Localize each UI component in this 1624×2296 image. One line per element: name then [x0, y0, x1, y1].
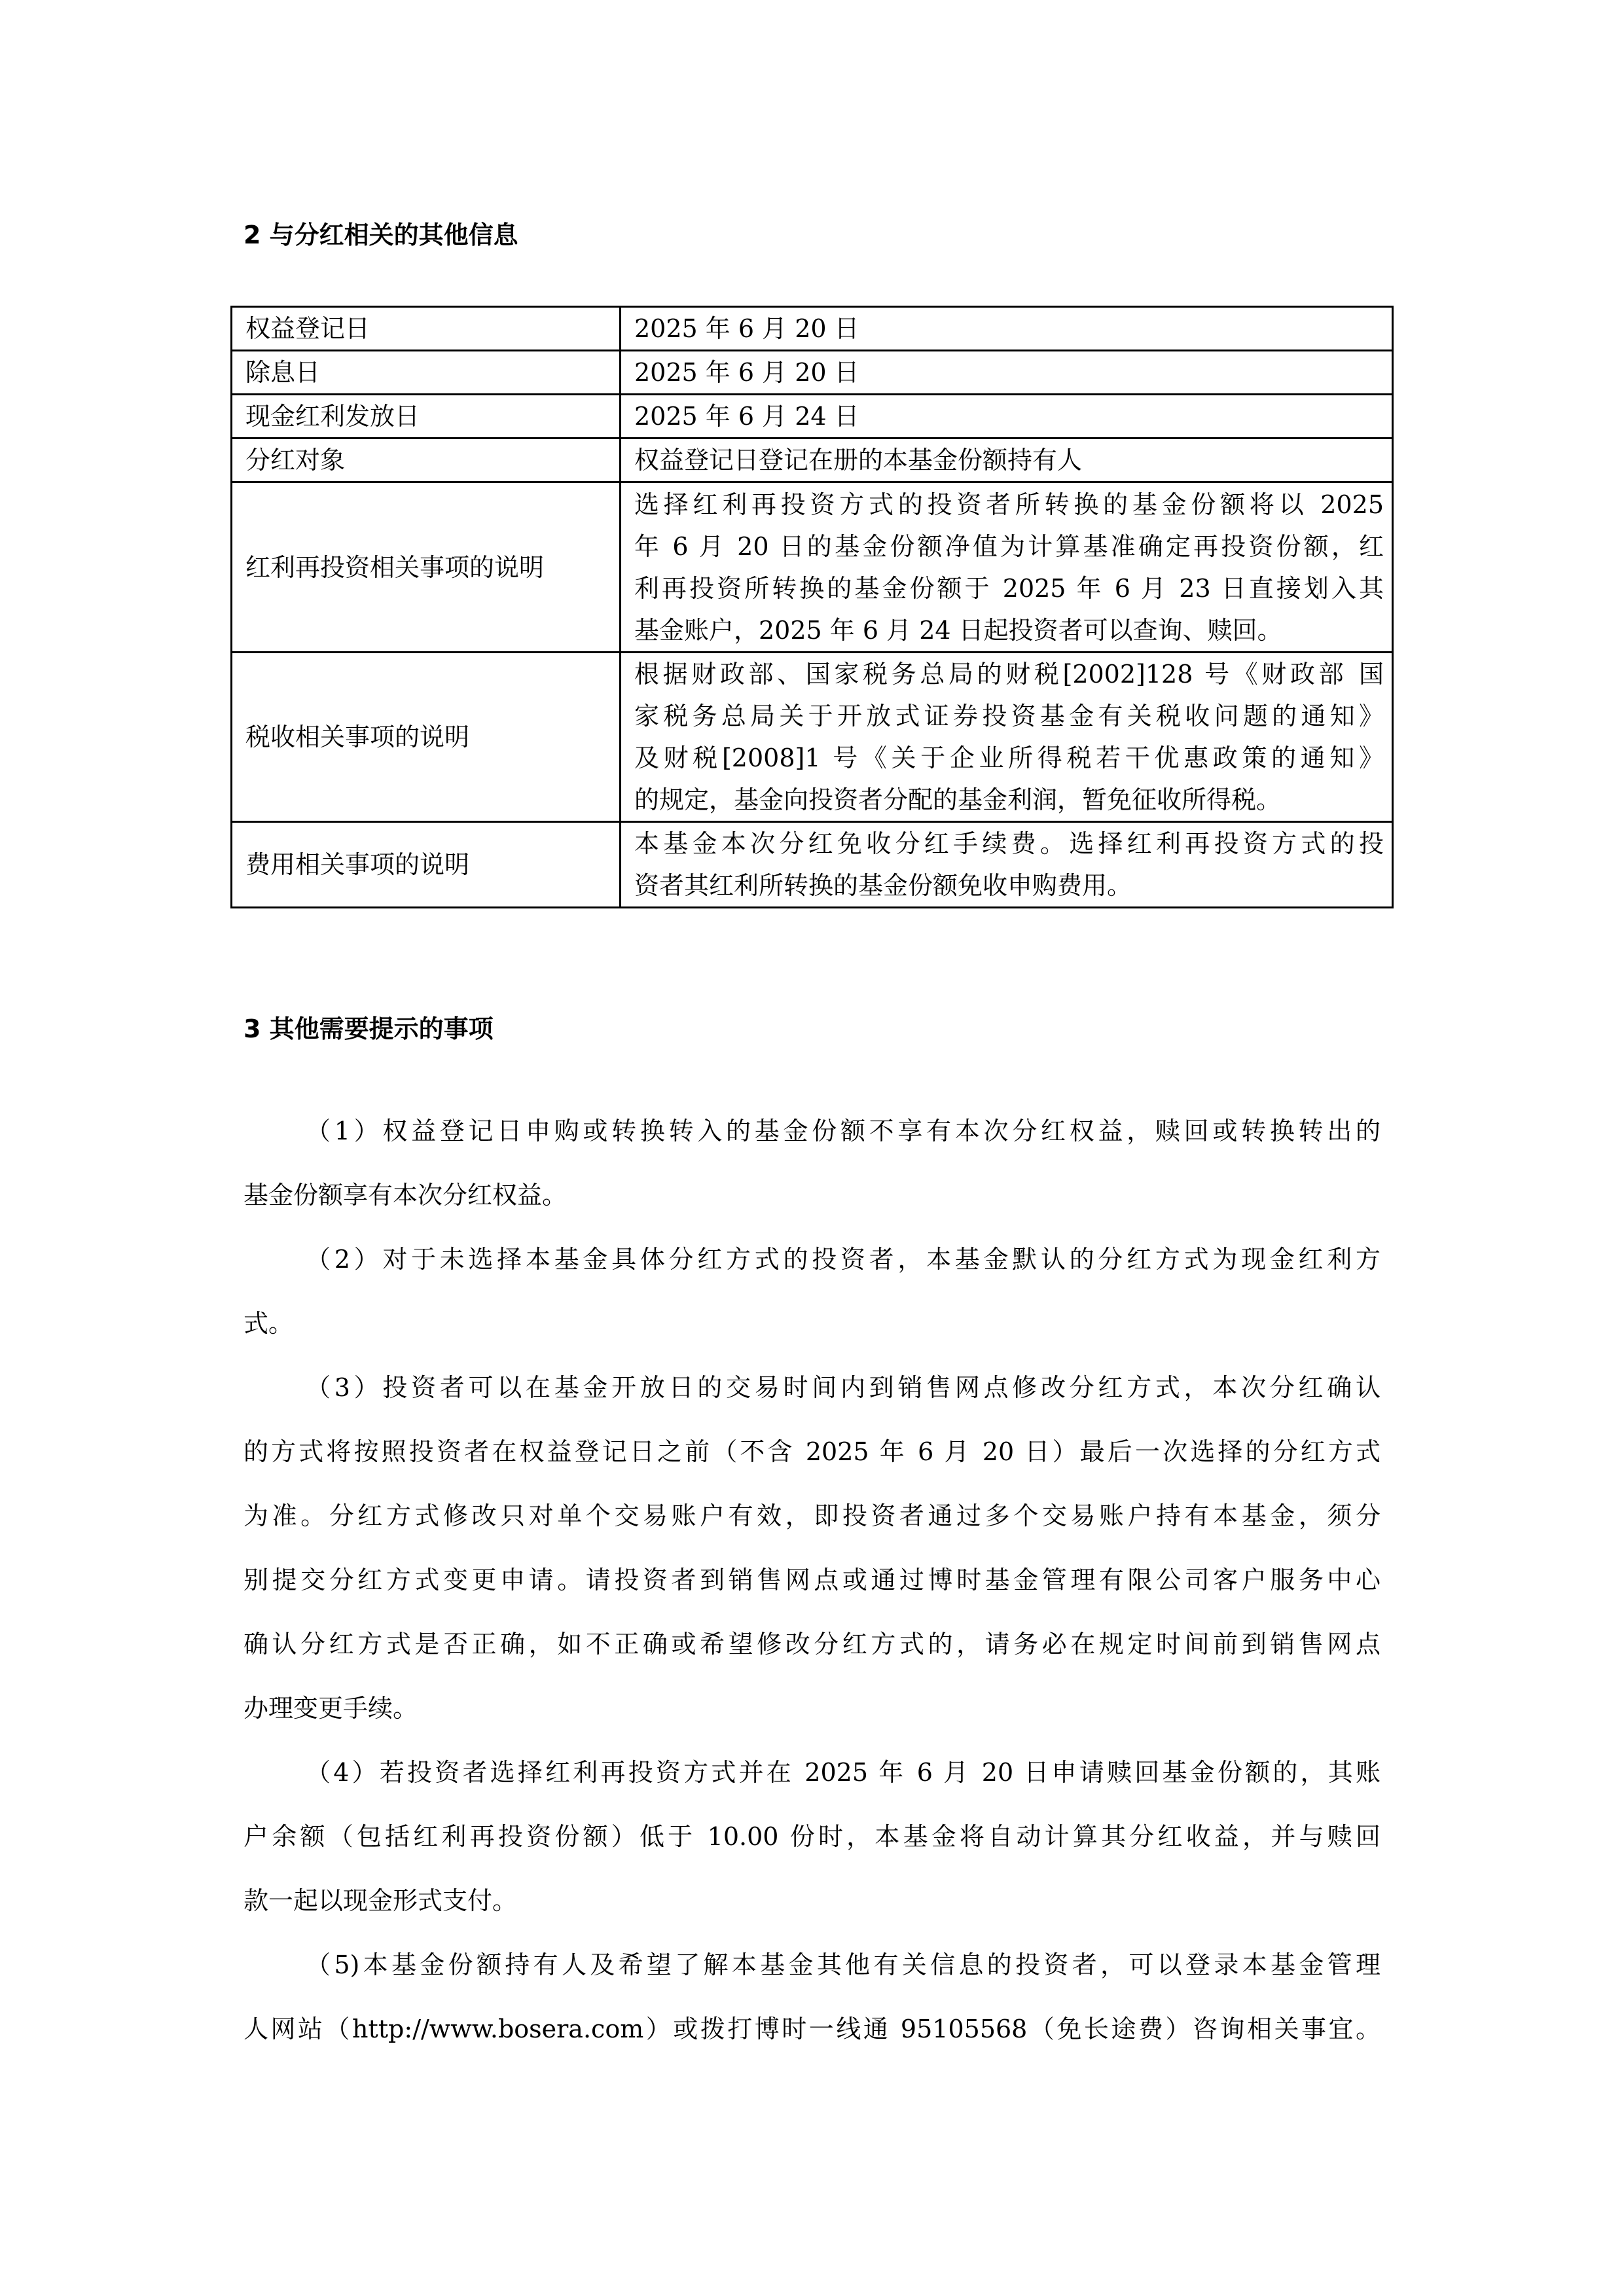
table-value: 选择红利再投资方式的投资者所转换的基金份额将以 2025 年 6 月 20 日的…: [621, 482, 1393, 653]
note-paragraph-1: （1）权益登记日申购或转换转入的基金份额不享有本次分红权益，赎回或转换转出的 基…: [244, 1099, 1380, 1227]
table-row-dividend-target: 分红对象 权益登记日登记在册的本基金份额持有人: [232, 439, 1393, 482]
note-paragraph-3: （3）投资者可以在基金开放日的交易时间内到销售网点修改分红方式，本次分红确认 的…: [244, 1355, 1380, 1740]
note-paragraph-5: （5)本基金份额持有人及希望了解本基金其他有关信息的投资者，可以登录本基金管理 …: [244, 1933, 1380, 2061]
table-value: 2025 年 6 月 20 日: [621, 351, 1393, 395]
table-label: 税收相关事项的说明: [232, 653, 621, 822]
table-label: 除息日: [232, 351, 621, 395]
table-label: 现金红利发放日: [232, 395, 621, 439]
table-value: 2025 年 6 月 20 日: [621, 307, 1393, 351]
table-row-tax: 税收相关事项的说明 根据财政部、国家税务总局的财税[2002]128 号《财政部…: [232, 653, 1393, 822]
note-paragraph-4: （4）若投资者选择红利再投资方式并在 2025 年 6 月 20 日申请赎回基金…: [244, 1740, 1380, 1933]
notes-body: （1）权益登记日申购或转换转入的基金份额不享有本次分红权益，赎回或转换转出的 基…: [244, 1099, 1380, 2061]
table-label: 费用相关事项的说明: [232, 822, 621, 908]
table-label: 权益登记日: [232, 307, 621, 351]
table-value: 权益登记日登记在册的本基金份额持有人: [621, 439, 1393, 482]
table-label: 红利再投资相关事项的说明: [232, 482, 621, 653]
table-value: 2025 年 6 月 24 日: [621, 395, 1393, 439]
table-value: 根据财政部、国家税务总局的财税[2002]128 号《财政部 国 家税务总局关于…: [621, 653, 1393, 822]
section-3-heading: 3 其他需要提示的事项: [244, 1014, 494, 1043]
table-row-fees: 费用相关事项的说明 本基金本次分红免收分红手续费。选择红利再投资方式的投 资者其…: [232, 822, 1393, 908]
table-row-payment-date: 现金红利发放日 2025 年 6 月 24 日: [232, 395, 1393, 439]
dividend-info-table: 权益登记日 2025 年 6 月 20 日 除息日 2025 年 6 月 20 …: [230, 306, 1394, 908]
table-row-record-date: 权益登记日 2025 年 6 月 20 日: [232, 307, 1393, 351]
table-row-reinvestment: 红利再投资相关事项的说明 选择红利再投资方式的投资者所转换的基金份额将以 202…: [232, 482, 1393, 653]
table-value: 本基金本次分红免收分红手续费。选择红利再投资方式的投 资者其红利所转换的基金份额…: [621, 822, 1393, 908]
note-paragraph-2: （2）对于未选择本基金具体分红方式的投资者，本基金默认的分红方式为现金红利方 式…: [244, 1227, 1380, 1355]
table-label: 分红对象: [232, 439, 621, 482]
section-2-heading: 2 与分红相关的其他信息: [244, 221, 518, 249]
table-row-ex-dividend-date: 除息日 2025 年 6 月 20 日: [232, 351, 1393, 395]
